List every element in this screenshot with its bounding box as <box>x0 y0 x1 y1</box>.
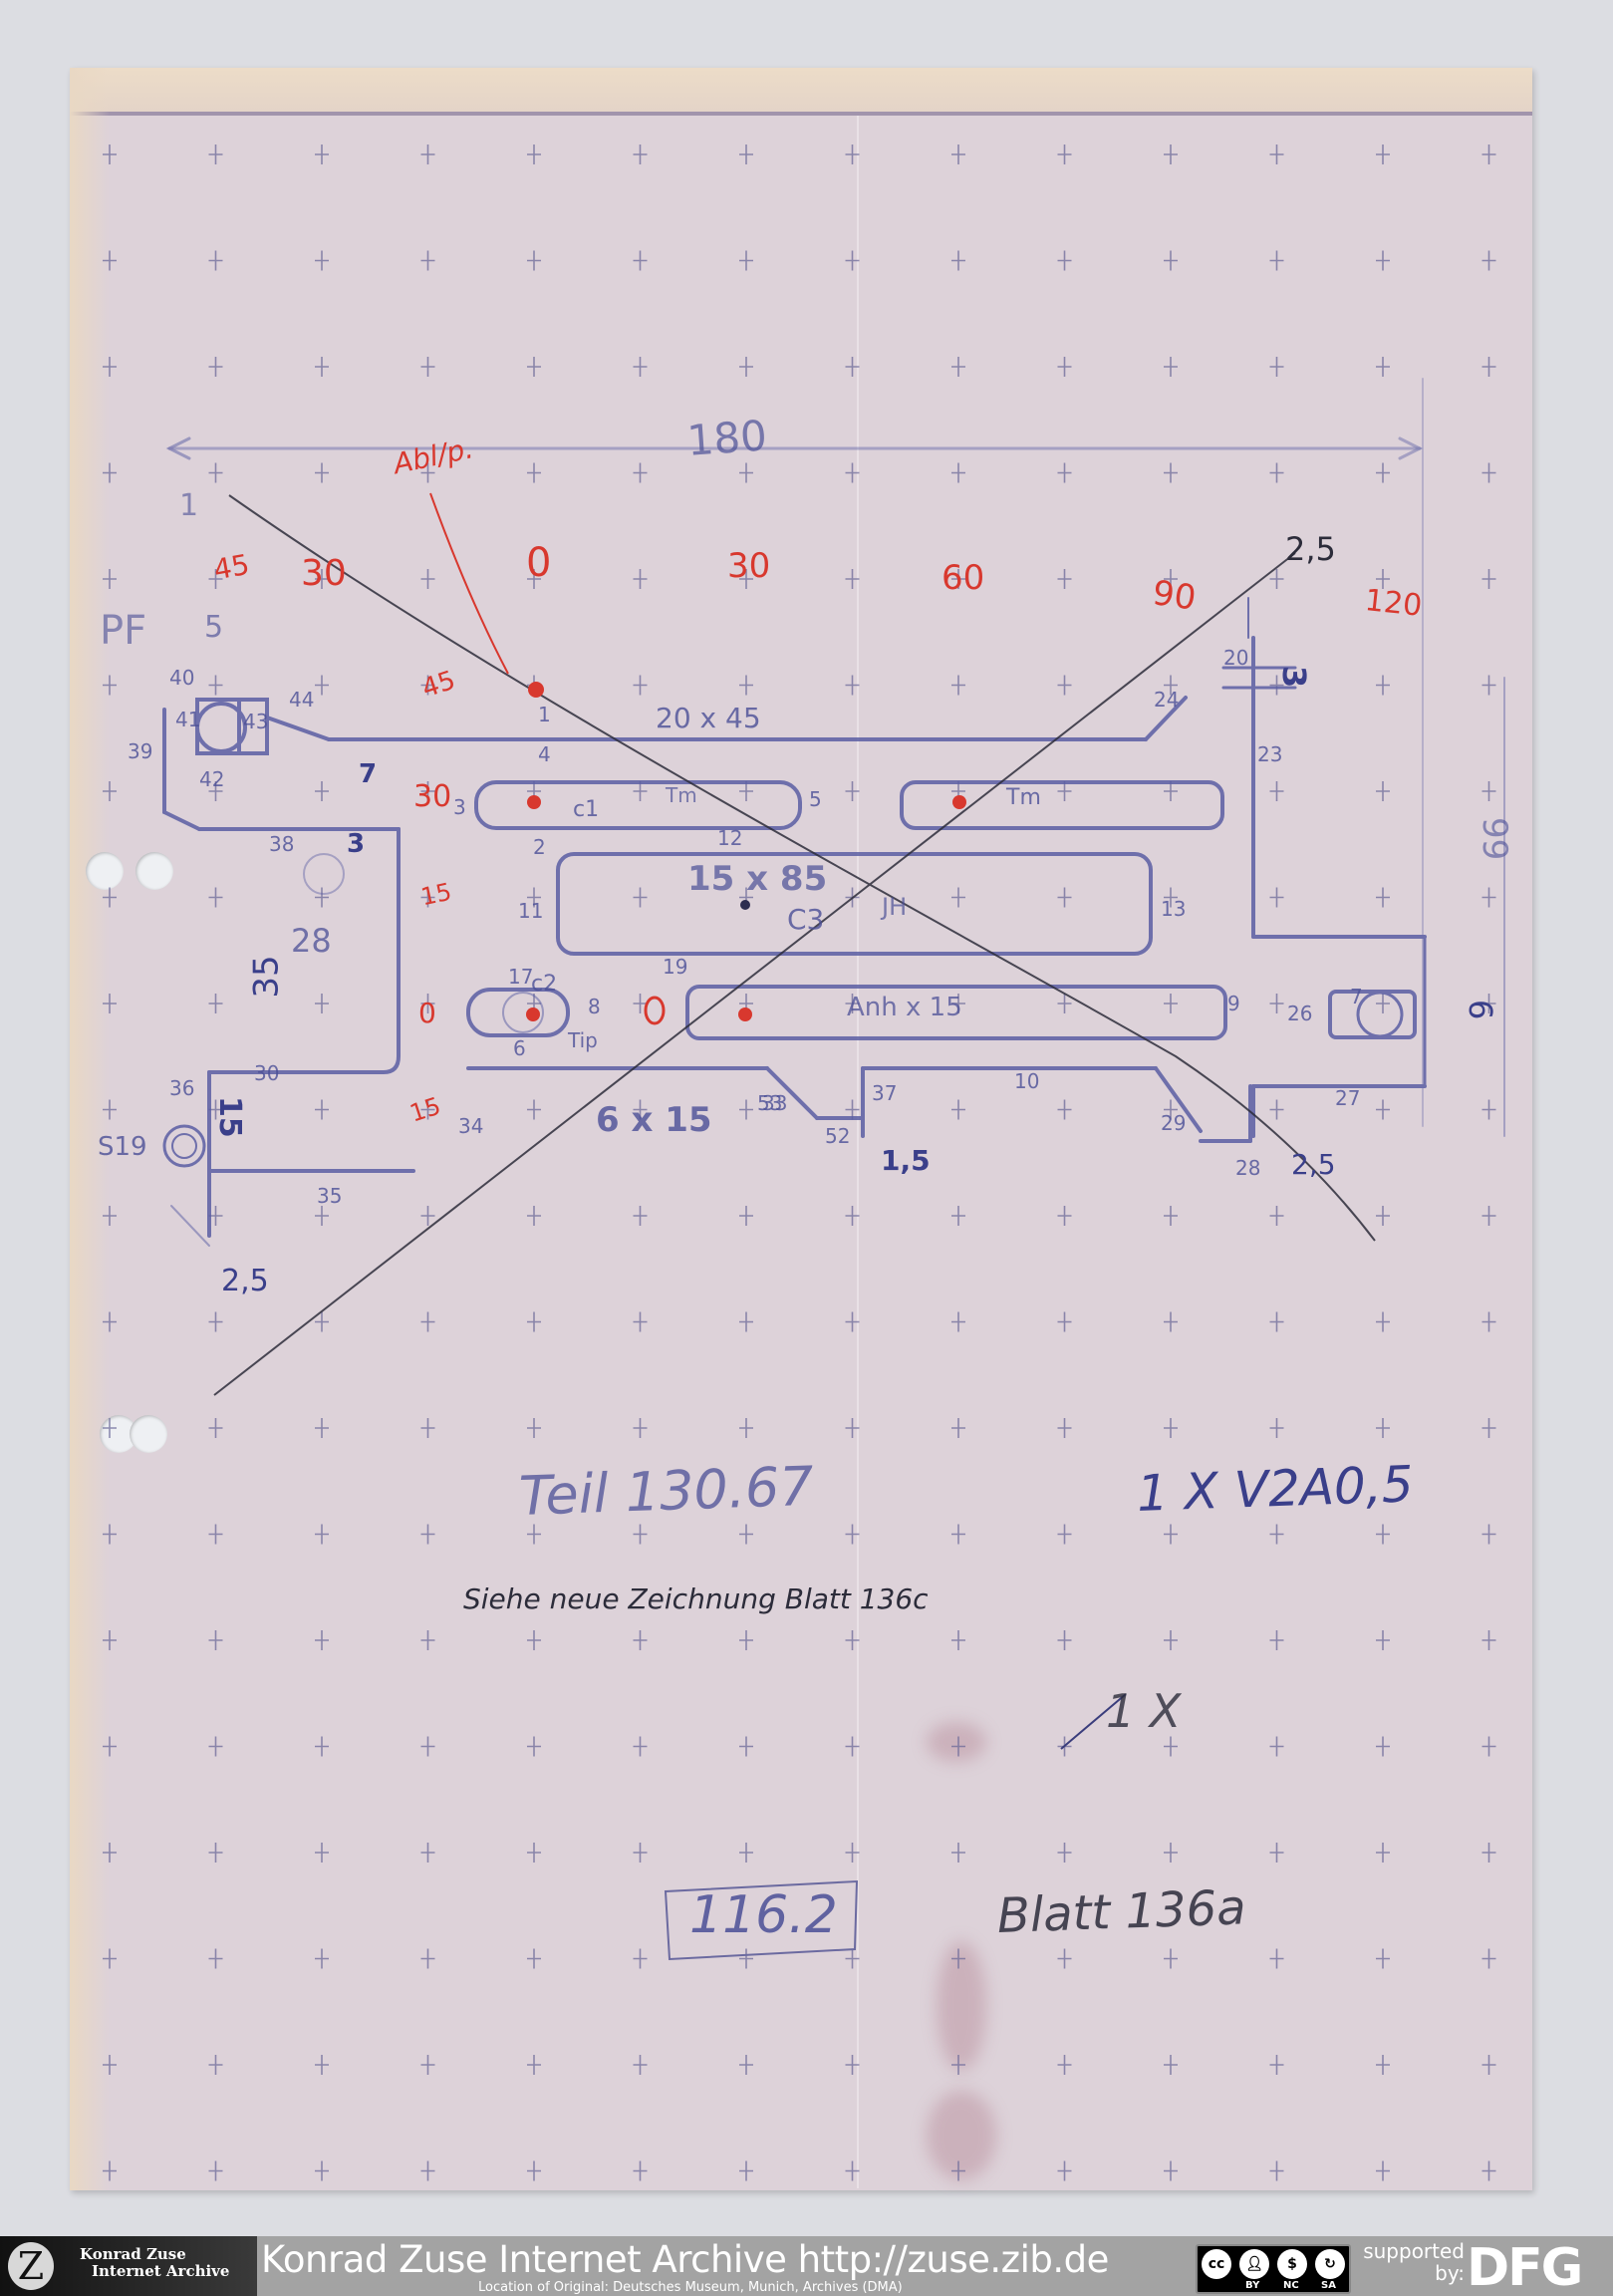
point-number: 26 <box>1287 1002 1312 1025</box>
label-tip: Tip <box>568 1028 598 1052</box>
sa-label: SA <box>1321 2280 1336 2291</box>
scale-label: 30 <box>301 553 347 594</box>
point-number: 44 <box>289 688 314 712</box>
noncommercial-icon: $ <box>1277 2249 1307 2279</box>
point-number: 8 <box>588 995 601 1018</box>
point-number: 29 <box>1161 1111 1186 1135</box>
point-number: 11 <box>518 899 543 923</box>
dimension-28: 28 <box>291 922 332 960</box>
point-number: 6 <box>513 1036 526 1060</box>
point-number: 24 <box>1154 688 1179 712</box>
contact-c2: c2 <box>531 972 557 997</box>
sharealike-icon: ↻ <box>1315 2249 1345 2279</box>
by-label: BY <box>1245 2280 1259 2291</box>
dimension-3: 3 <box>1275 666 1313 688</box>
point-number: 1 <box>538 703 551 726</box>
scale-label: 45 <box>211 548 252 587</box>
point-number: 34 <box>458 1114 483 1138</box>
point-number: 4 <box>538 742 551 766</box>
slot-label-6x15: 6 x 15 <box>596 1100 712 1140</box>
quantity-note: 1 X V2A0,5 <box>1136 1455 1414 1523</box>
offset-1: 1 <box>179 488 198 523</box>
slot-label-upper-left: Tm <box>666 783 697 807</box>
dimension-2-5: 2,5 <box>1285 530 1336 568</box>
point-number: 7 <box>1350 985 1363 1008</box>
point-number: 38 <box>269 832 294 856</box>
zuse-z-icon: Z <box>8 2242 54 2290</box>
row-label-30: 30 <box>413 779 451 814</box>
slot-label-lower: Anh x 15 <box>847 993 962 1022</box>
scale-label: 60 <box>941 558 984 598</box>
logo-line-2: Internet Archive <box>80 2263 229 2280</box>
point-number: 42 <box>199 767 224 791</box>
pf-label: PF <box>100 608 146 654</box>
point-number: 3 <box>453 795 466 819</box>
dimension-3-small: 3 <box>347 829 365 859</box>
drawing-linework <box>0 0 1613 2296</box>
point-number: 17 <box>508 965 533 989</box>
point-number: 2 <box>533 835 546 859</box>
scale-label: 120 <box>1363 583 1424 624</box>
point-number: 5 <box>809 787 822 811</box>
logo-line-1: Konrad Zuse <box>80 2246 229 2263</box>
reference-note: Siehe neue Zeichnung Blatt 136c <box>463 1582 929 1615</box>
point-number: 36 <box>169 1076 194 1100</box>
zuse-logo-text: Konrad Zuse Internet Archive <box>80 2246 229 2280</box>
point-number: 37 <box>872 1081 897 1105</box>
dfg-logo[interactable]: DFG <box>1467 2240 1581 2296</box>
multiplier-note: 1 X <box>1106 1684 1181 1738</box>
dimension-2-5-left: 2,5 <box>221 1264 269 1298</box>
location-of-original: Location of Original: Deutsches Museum, … <box>478 2280 903 2295</box>
chamfer-label: 20 x 45 <box>656 702 761 734</box>
cc-icon: cc <box>1202 2249 1231 2279</box>
slot-label-upper-right: Tm <box>1006 785 1041 810</box>
point-number: 43 <box>243 710 268 733</box>
point-number: 9 <box>1227 992 1240 1015</box>
point-number: 10 <box>1014 1069 1039 1093</box>
dimension-2-5-right: 2,5 <box>1291 1148 1336 1181</box>
point-number: 19 <box>663 955 687 979</box>
row-label-0: 0 <box>418 997 436 1029</box>
contact-c1: c1 <box>573 797 599 822</box>
point-number: 40 <box>169 666 194 690</box>
scale-label: 30 <box>727 546 770 586</box>
point-number: 41 <box>175 708 200 731</box>
archive-title-link[interactable]: Konrad Zuse Internet Archive http://zuse… <box>261 2238 1109 2281</box>
archive-footer: Z Konrad Zuse Internet Archive Konrad Zu… <box>0 2236 1613 2296</box>
dimension-overall-width: 180 <box>685 411 768 464</box>
dimension-15: 15 <box>212 1096 247 1138</box>
by-attribution-icon: 👤︎ <box>1239 2249 1269 2279</box>
label-jh: JH <box>882 893 907 921</box>
sheet-label: Blatt 136a <box>996 1879 1246 1944</box>
contact-c3: C3 <box>787 903 824 936</box>
dimension-99: 99 <box>1475 817 1514 860</box>
scale-label: 0 <box>526 540 551 586</box>
point-number: 27 <box>1335 1086 1360 1110</box>
point-number: 30 <box>254 1061 279 1085</box>
dimension-6: 6 <box>1462 1000 1499 1019</box>
point-number: 28 <box>1235 1156 1260 1180</box>
point-number: 53 <box>757 1091 782 1115</box>
supported-by-text: supported by: <box>1355 2240 1465 2284</box>
dimension-35: 35 <box>247 955 287 998</box>
label-s19: S19 <box>98 1132 147 1162</box>
nc-label: NC <box>1283 2280 1299 2291</box>
point-number: 20 <box>1223 646 1248 670</box>
scale-label: 90 <box>1150 573 1198 619</box>
point-number: 35 <box>317 1184 342 1208</box>
zuse-logo[interactable]: Z Konrad Zuse Internet Archive <box>0 2236 257 2296</box>
pf-offset: 5 <box>204 610 223 645</box>
part-title: Teil 130.67 <box>518 1455 815 1528</box>
point-number: 23 <box>1257 742 1282 766</box>
point-number: 12 <box>717 826 742 850</box>
dimension-1-5: 1,5 <box>881 1144 931 1177</box>
cc-license-badge[interactable]: cc 👤︎ $ ↻ BY NC SA <box>1196 2244 1351 2294</box>
point-number: 13 <box>1161 897 1186 921</box>
slot-label-15x85: 15 x 85 <box>687 859 827 899</box>
dimension-7: 7 <box>359 759 377 789</box>
boxed-part-number: 116.2 <box>689 1885 838 1945</box>
point-number: 39 <box>128 739 152 763</box>
point-number: 52 <box>825 1124 850 1148</box>
